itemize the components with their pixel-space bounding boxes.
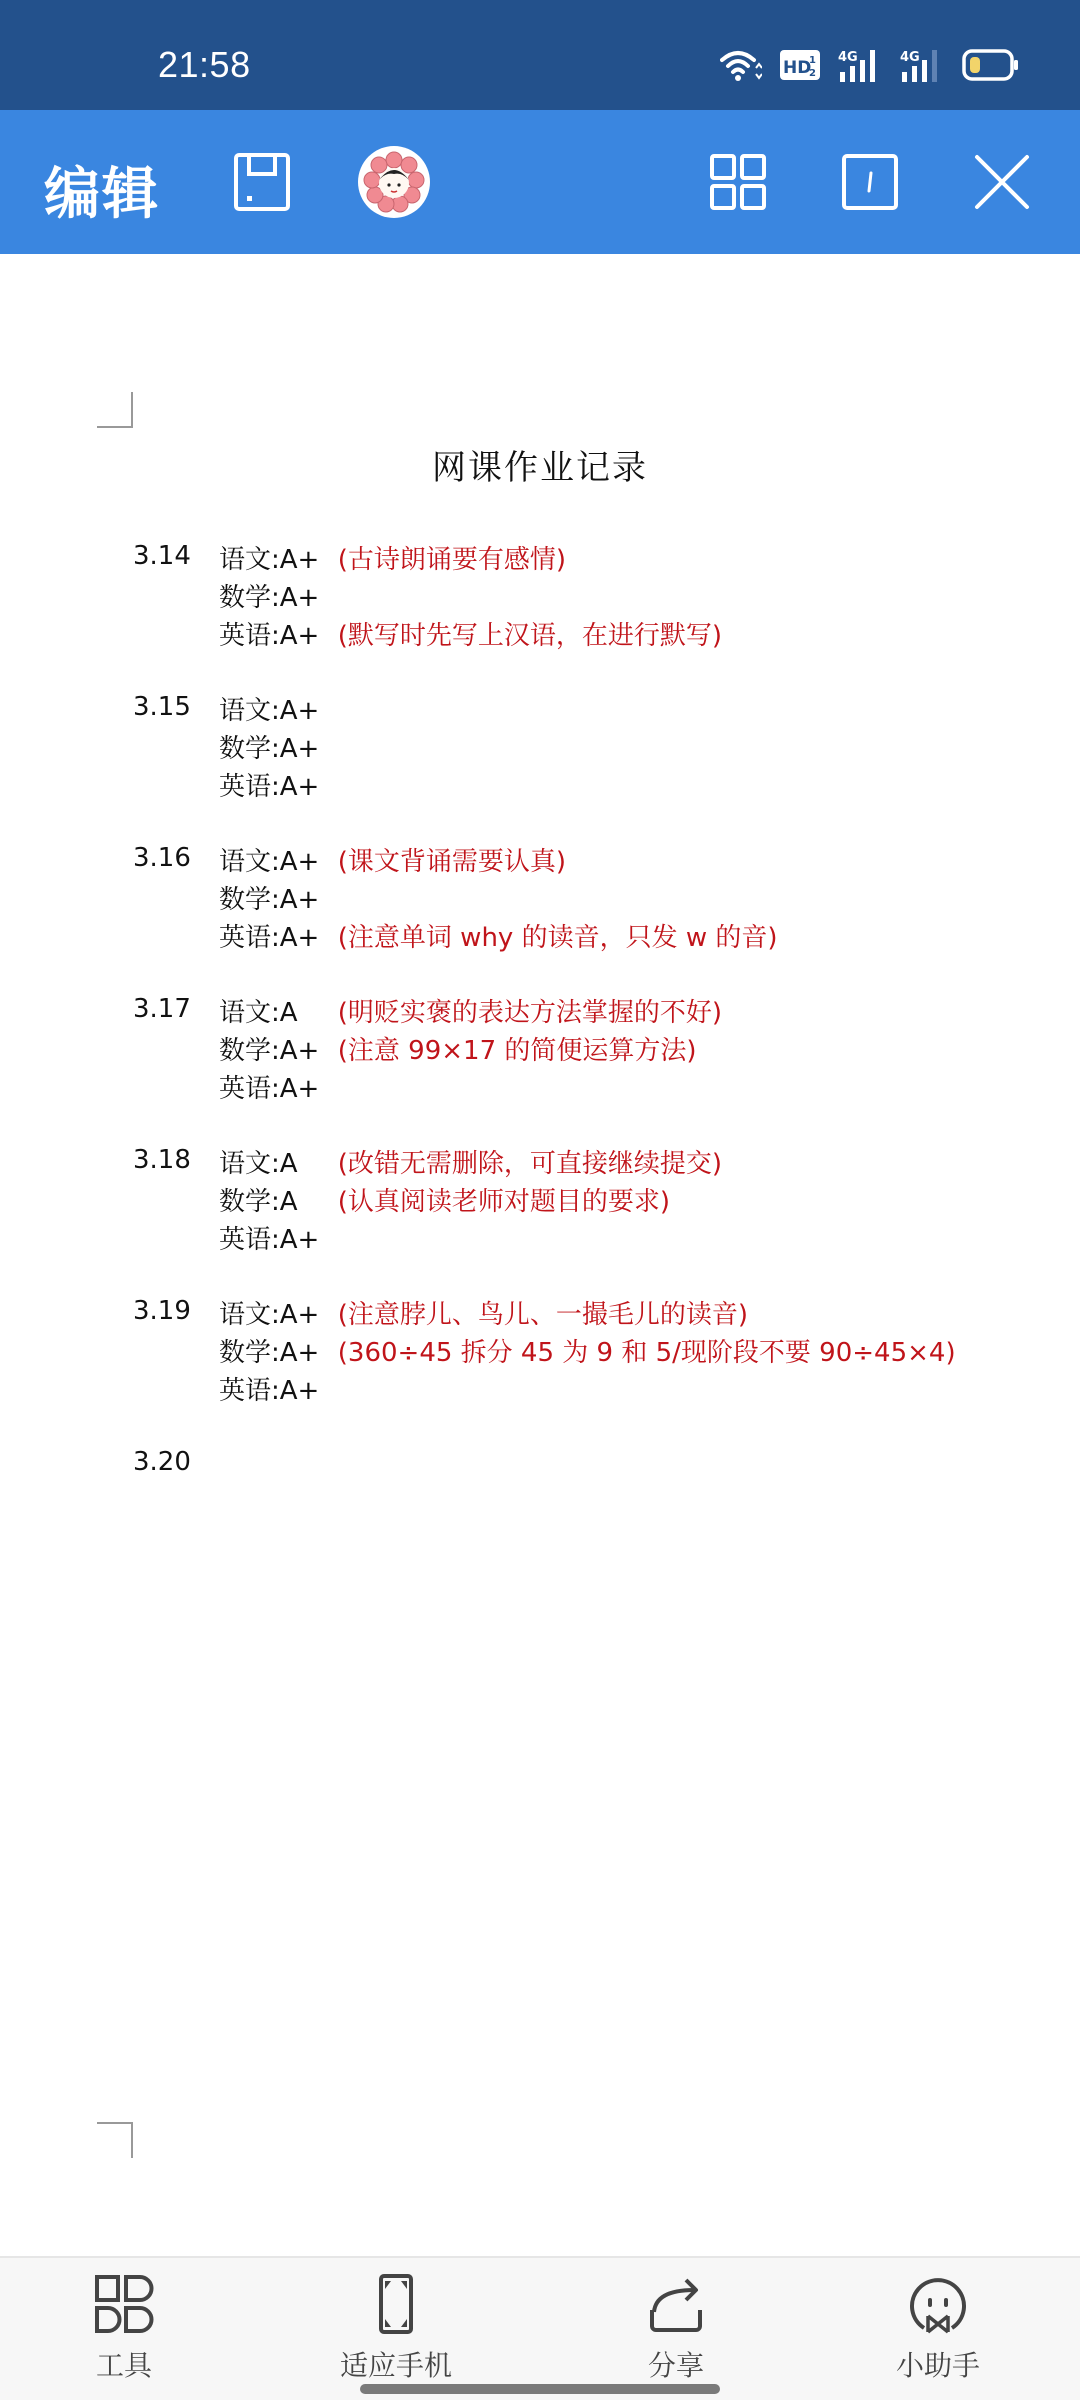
svg-text:2: 2 (809, 68, 816, 79)
assistant-icon (908, 2274, 968, 2338)
entry-line: 数学:A+(360÷45 拆分 45 为 9 和 5/现阶段不要 90÷45×4… (219, 1334, 956, 1372)
teacher-note: (360÷45 拆分 45 为 9 和 5/现阶段不要 90÷45×4) (338, 1334, 956, 1372)
svg-text:4G: 4G (838, 50, 858, 65)
entry-date: 3.19 (133, 1296, 213, 1326)
teacher-note: (课文背诵需要认真) (338, 843, 566, 881)
wifi-icon (720, 48, 762, 82)
status-time: 21:58 (158, 44, 251, 86)
hd-voice-icon: HD 1 2 (780, 49, 820, 81)
nav-share[interactable]: 分享 (646, 2274, 706, 2384)
status-icons: HD 1 2 4G 4G (720, 48, 1020, 82)
entry-date: 3.17 (133, 994, 213, 1024)
entry-line: 数学:A(认真阅读老师对题目的要求) (219, 1183, 722, 1221)
teacher-note: (注意单词 why 的读音，只发 w 的音) (338, 919, 778, 957)
entry-line: 语文:A(明贬实褒的表达方法掌握的不好) (219, 994, 722, 1032)
entry-date: 3.20 (133, 1447, 213, 1477)
svg-text:4G: 4G (900, 50, 920, 65)
entry-line: 英语:A+ (219, 1372, 956, 1410)
entry-line: 语文:A+ (219, 692, 338, 730)
home-indicator[interactable] (360, 2384, 720, 2394)
fit-phone-icon (366, 2274, 426, 2338)
crop-mark-top-left (97, 392, 133, 428)
grid-view-icon[interactable] (704, 148, 772, 216)
teacher-note: (改错无需删除，可直接继续提交) (338, 1145, 722, 1183)
entry-line: 英语:A+ (219, 768, 338, 806)
page-view-icon[interactable] (836, 148, 904, 216)
entry-line: 英语:A+(默写时先写上汉语，在进行默写) (219, 617, 722, 655)
close-icon[interactable] (968, 148, 1036, 216)
teacher-note: (认真阅读老师对题目的要求) (338, 1183, 670, 1221)
crop-mark-bottom-left (97, 2122, 133, 2158)
nav-assistant[interactable]: 小助手 (896, 2274, 980, 2384)
entry-line: 数学:A+(注意 99×17 的简便运算方法) (219, 1032, 722, 1070)
entry-date: 3.14 (133, 541, 213, 571)
document-page[interactable]: 网课作业记录 3.14 语文:A+(古诗朗诵要有感情) 数学:A+ 英语:A+(… (0, 254, 1080, 2254)
tools-icon (94, 2274, 154, 2338)
teacher-note: (古诗朗诵要有感情) (338, 541, 566, 579)
entry-line: 数学:A+ (219, 730, 338, 768)
editor-toolbar: 编辑 (0, 110, 1080, 254)
signal-4g-icon-2: 4G (900, 48, 944, 82)
entry-line: 英语:A+ (219, 1221, 722, 1259)
battery-icon (962, 49, 1020, 81)
entry-line: 数学:A+ (219, 881, 778, 919)
nav-tools[interactable]: 工具 (94, 2274, 154, 2384)
entry-line: 语文:A+(古诗朗诵要有感情) (219, 541, 722, 579)
signal-4g-icon-1: 4G (838, 48, 882, 82)
entry-line: 英语:A+(注意单词 why 的读音，只发 w 的音) (219, 919, 778, 957)
teacher-note: (默写时先写上汉语，在进行默写) (338, 617, 722, 655)
teacher-note: (注意 99×17 的简便运算方法) (338, 1032, 697, 1070)
svg-text:1: 1 (809, 55, 816, 66)
entry-line: 语文:A+(课文背诵需要认真) (219, 843, 778, 881)
edit-button[interactable]: 编辑 (44, 150, 160, 230)
teacher-note: (明贬实褒的表达方法掌握的不好) (338, 994, 722, 1032)
entry-date: 3.18 (133, 1145, 213, 1175)
teacher-note: (注意脖儿、鸟儿、一撮毛儿的读音) (338, 1296, 748, 1334)
status-bar: 21:58 HD 1 2 4G (0, 0, 1080, 110)
entry-line: 英语:A+ (219, 1070, 722, 1108)
save-icon[interactable] (228, 148, 296, 216)
nav-fit-phone[interactable]: 适应手机 (340, 2274, 452, 2384)
share-icon (646, 2274, 706, 2338)
document-title: 网课作业记录 (0, 440, 1080, 489)
entry-line: 语文:A(改错无需删除，可直接继续提交) (219, 1145, 722, 1183)
entry-date: 3.15 (133, 692, 213, 722)
entry-line: 语文:A+(注意脖儿、鸟儿、一撮毛儿的读音) (219, 1296, 956, 1334)
bottom-nav: 工具 适应手机 分享 (0, 2256, 1080, 2400)
avatar[interactable] (358, 146, 430, 218)
svg-text:HD: HD (783, 58, 811, 78)
entry-date: 3.16 (133, 843, 213, 873)
entry-line: 数学:A+ (219, 579, 722, 617)
